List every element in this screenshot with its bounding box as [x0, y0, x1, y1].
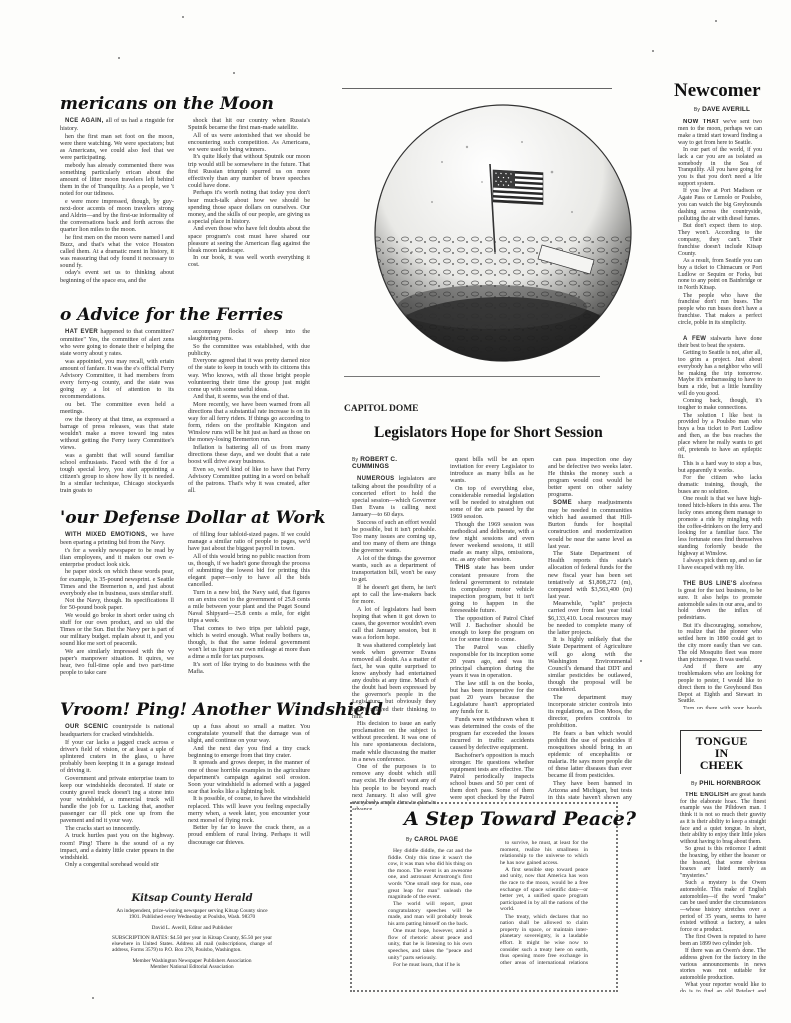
masthead-member: Member Washington Newspaper Publishers A… — [112, 958, 272, 971]
scan-speck — [233, 72, 235, 74]
article-paragraph: I always pick them up, and so far I have… — [678, 558, 762, 572]
article-paragraph: Getting to Seattle is not, after all, to… — [678, 350, 762, 398]
article-paragraph: The department may incorporate stricter … — [548, 694, 632, 729]
article-paragraph: The people who have the franchise don't … — [678, 293, 762, 327]
article-paragraph: up a fuss about so small a matter. You c… — [188, 723, 310, 744]
article-paragraph: OUR SCENIC countryside is national headq… — [60, 723, 174, 738]
article-paragraph: The first Owen is reputed to have been a… — [680, 934, 766, 947]
article-paragraph: As a result, from Seattle you can buy a … — [678, 258, 762, 292]
article-paragraph: THIS state has been under constant press… — [450, 564, 534, 615]
article-paragraph: ow the theory at that time, as expressed… — [60, 416, 174, 451]
article-paragraph: can pass inspection one day and be defec… — [548, 456, 632, 499]
moon-flag-icon — [372, 102, 634, 364]
article-paragraph: We are similarly impressed with the vy p… — [60, 648, 174, 676]
divider-mid — [344, 376, 600, 377]
article-paragraph: For the citizen who lacks dramatic train… — [678, 475, 762, 496]
article-column: shock that hit our country when Russia's… — [188, 117, 310, 302]
lead-in: OUR SCENIC — [65, 724, 108, 730]
article-headline: A Step Toward Peace? — [404, 808, 612, 830]
article-paragraph: And the next day you find a tiny crack b… — [188, 745, 310, 759]
article-column: Hey diddle diddle, the cat and the fiddl… — [388, 848, 472, 968]
article-paragraph: For he must learn, that if he is — [388, 962, 472, 968]
scan-speck — [182, 16, 184, 18]
article-column: NUMEROUS legislators are talking about t… — [352, 475, 436, 810]
article-paragraph: So great is this reticence I admit the h… — [680, 846, 766, 880]
article-paragraph: Turn in a new bid, the Navy said, that f… — [188, 589, 310, 624]
article-paragraph: And that, it seems, was the end of that. — [188, 393, 310, 400]
lead-in: THIS — [455, 565, 470, 571]
article-paragraph: It was shattered completely last week wh… — [352, 642, 436, 720]
section-label: CAPITOL DOME — [344, 404, 614, 414]
article-paragraph: of filling four tabloid-sized pages. If … — [188, 531, 310, 552]
article-paragraph: If there was an Owen's done. The address… — [680, 948, 766, 982]
article-column: accompany flocks of sheep into the slaug… — [188, 328, 310, 505]
article-paragraph: And even those who have felt doubts abou… — [188, 225, 310, 253]
article-paragraph: Inflation is battering all of us from ma… — [188, 444, 310, 465]
moon-illustration — [372, 102, 634, 364]
article-paragraph: to survive, he must, at least for the mo… — [500, 840, 588, 866]
article-paragraph: A FEW stalwarts have done their best to … — [678, 336, 762, 350]
article-paragraph: he first men on the moon were named l an… — [60, 234, 174, 269]
editorial-windshield: Vroom! Ping! Another Windshield OUR SCEN… — [60, 700, 320, 873]
byline: By PHIL HORNBROOK — [680, 780, 772, 787]
article-paragraph: SOME sharp readjustments may be needed i… — [548, 499, 632, 550]
lead-in: THE ENGLISH — [685, 792, 729, 798]
article-paragraph: On top of everything else, considerable … — [450, 485, 534, 520]
editorial-ferries: o Advice for the Ferries HAT EVER happen… — [60, 305, 320, 505]
article-paragraph: They have been banned in Arizona and Mic… — [548, 780, 632, 801]
article-paragraph: THE ENGLISH are great hands for the elab… — [680, 792, 766, 846]
newcomer-column: Newcomer By DAVE AVERILL NOW THAT we've … — [672, 80, 772, 709]
masthead-editor: David L. Averill, Editor and Publisher — [112, 925, 272, 931]
article-paragraph: HAT EVER happened to that committee? omm… — [60, 328, 174, 357]
article-paragraph: A first sensible step toward peace and u… — [500, 867, 588, 913]
article-paragraph: oday's event set us to thinking about be… — [60, 269, 174, 283]
article-paragraph: All of us were astonished that we should… — [188, 132, 310, 153]
scan-speck — [118, 57, 120, 59]
article-paragraph: The treaty, which declares that no natio… — [500, 914, 588, 965]
article-paragraph: Bachofner's opposition is much stronger.… — [450, 752, 534, 801]
masthead: Kitsap County Herald An independent, pri… — [112, 893, 272, 970]
article-paragraph: So the committee was established, with d… — [188, 343, 310, 357]
article-paragraph: But don't expect them to stop. They won'… — [678, 223, 762, 257]
article-paragraph: NCE AGAIN, all of us had a ringside for … — [60, 117, 174, 132]
article-paragraph: The opposition of Patrol Chief Will J. B… — [450, 615, 534, 643]
article-paragraph: It's quite likely that without Sputnik o… — [188, 153, 310, 188]
lead-in: NCE AGAIN, — [65, 118, 104, 124]
article-paragraph: Better by far to leave the crack there, … — [188, 824, 310, 845]
article-paragraph: Perhaps it's worth noting that today you… — [188, 189, 310, 224]
article-paragraph: But it's discouraging, somehow, to reali… — [678, 623, 762, 664]
article-paragraph: The solution I like best is provided by … — [678, 413, 762, 461]
article-paragraph: More recently, we have been warned from … — [188, 401, 310, 444]
article-column: can pass inspection one day and be defec… — [548, 456, 632, 801]
article-paragraph: NUMEROUS legislators are talking about t… — [352, 475, 436, 519]
column-headline: Newcomer — [674, 80, 772, 102]
tongue-in-cheek-box: TONGUE IN CHEEK — [680, 730, 762, 774]
article-paragraph: What your reporter would like to do is t… — [680, 982, 766, 992]
editorial-headline: mericans on the Moon — [60, 94, 320, 114]
article-paragraph: A lot of legislators had been hoping tha… — [352, 606, 436, 641]
article-paragraph: Coming back, though, it's tougher to mak… — [678, 398, 762, 412]
article-headline: Legislators Hope for Short Session — [374, 424, 614, 442]
article-paragraph: All of this would bring no public reacti… — [188, 553, 310, 588]
article-paragraph: This is a hard way to stop a bus, but ap… — [678, 461, 762, 475]
tongue-in-cheek-column: By PHIL HORNBROOK THE ENGLISH are great … — [680, 780, 772, 992]
article-paragraph: mebody has already commented there was s… — [60, 162, 174, 197]
article-paragraph: THE BUS LINE'S aloofness is great for th… — [678, 581, 762, 622]
article-column: THE ENGLISH are great hands for the elab… — [680, 792, 766, 992]
article-paragraph: was appointed, you may recall, with erta… — [60, 358, 174, 401]
article-column: OUR SCENIC countryside is national headq… — [60, 723, 174, 873]
article-paragraph: The world will report, great congratulat… — [388, 901, 472, 927]
article-column: NOW THAT we've sent two men to the moon,… — [678, 119, 762, 709]
article-paragraph: e were more impressed, though, by guy-ne… — [60, 198, 174, 233]
article-paragraph: A truck hurtles past you on the highway.… — [60, 832, 174, 860]
article-paragraph: It is highly unlikely that the State Dep… — [548, 636, 632, 693]
article-paragraph: It's sort of like trying to do business … — [188, 661, 310, 675]
article-paragraph: t's for a weekly newspaper to be read by… — [60, 547, 174, 568]
article-paragraph: was a gambit that will sound familiar sc… — [60, 452, 174, 495]
article-paragraph: We would go broke in short order using c… — [60, 612, 174, 647]
article-paragraph: If your car lacks a jagged crack across … — [60, 739, 174, 774]
article-paragraph: he paper stock on which these words pear… — [60, 568, 174, 596]
article-paragraph: Only a congenital sorehead would stir — [60, 861, 174, 868]
article-paragraph: shock that hit our country when Russia's… — [188, 117, 310, 131]
article-paragraph: The law still is on the books, but has b… — [450, 680, 534, 715]
article-paragraph: Though the 1969 session was methodical a… — [450, 521, 534, 564]
scan-speck — [652, 50, 654, 52]
article-column: up a fuss about so small a matter. You c… — [188, 723, 310, 873]
article-paragraph: That comes to two trips per tabloid page… — [188, 625, 310, 660]
article-paragraph: His decision to issue an early proclamat… — [352, 720, 436, 763]
scan-speck — [640, 660, 642, 662]
masthead-name: Kitsap County Herald — [112, 893, 272, 904]
article-column: to survive, he must, at least for the mo… — [500, 840, 588, 965]
article-paragraph: Government and private enterprise team t… — [60, 775, 174, 825]
article-column: of filling four tabloid-sized pages. If … — [188, 531, 310, 709]
article-paragraph: One must hope, however, amid a flow of r… — [388, 928, 472, 961]
article-paragraph: Everyone agreed that it was pretty darne… — [188, 357, 310, 392]
editorial-headline: o Advice for the Ferries — [60, 305, 320, 325]
lead-in: HAT EVER — [65, 329, 98, 335]
lead-in: NOW THAT — [683, 119, 719, 125]
masthead-subscription: SUBSCRIPTION RATES: $4.50 per year in Ki… — [112, 935, 272, 954]
editorial-headline: 'our Defense Dollar at Work — [60, 508, 320, 528]
article-paragraph: And if there are any troublemakers who a… — [678, 664, 762, 705]
scan-speck — [92, 997, 94, 999]
editorial-headline: Vroom! Ping! Another Windshield — [60, 700, 320, 720]
article-paragraph: NOW THAT we've sent two men to the moon,… — [678, 119, 762, 146]
peace-article: A Step Toward Peace? By CAROL PAGE Hey d… — [360, 808, 612, 968]
byline: By ROBERT C. CUMMINGS — [352, 456, 436, 470]
article-paragraph: Success of such an effort would be possi… — [352, 519, 436, 554]
american-flag-icon — [493, 170, 543, 205]
masthead-tagline: An independent, prize-winning newspaper … — [112, 908, 272, 921]
editorial-moon: mericans on the Moon NCE AGAIN, all of u… — [60, 94, 320, 302]
lead-in: A FEW — [683, 336, 706, 342]
article-column: NCE AGAIN, all of us had a ringside for … — [60, 117, 174, 302]
article-paragraph: hen the first man set foot on the moon, … — [60, 133, 174, 161]
byline: By DAVE AVERILL — [672, 106, 772, 113]
article-paragraph: If he doesn't get them, he isn't apt to … — [352, 584, 436, 605]
article-paragraph: A lot of the things the governor wants, … — [352, 555, 436, 583]
scan-speck — [715, 20, 717, 22]
byline: By CAROL PAGE — [388, 836, 480, 843]
article-paragraph: It is possible, of course, to have the w… — [188, 795, 310, 823]
article-paragraph: WITH MIXED EMOTIONS, we have been eparin… — [60, 531, 174, 546]
article-paragraph: It spreads and grows deeper, in the mann… — [188, 759, 310, 794]
article-paragraph: The cracks start so innocently. — [60, 825, 174, 832]
divider-top — [342, 88, 612, 89]
article-paragraph: The Patrol was chiefly responsible for i… — [450, 644, 534, 679]
article-column: WITH MIXED EMOTIONS, we have been eparin… — [60, 531, 174, 709]
article-column: HAT EVER happened to that committee? omm… — [60, 328, 174, 505]
article-paragraph: Hey diddle diddle, the cat and the fiddl… — [388, 848, 472, 901]
article-paragraph: accompany flocks of sheep into the slaug… — [188, 328, 310, 342]
lead-in: WITH MIXED EMOTIONS, — [65, 532, 147, 538]
capitol-dome: CAPITOL DOME Legislators Hope for Short … — [344, 404, 614, 451]
lead-in: THE BUS LINE'S — [683, 581, 737, 587]
article-paragraph: He fears a ban which would prohibit the … — [548, 730, 632, 780]
article-paragraph: In our part of the world, if you lack a … — [678, 147, 762, 188]
article-paragraph: Even so, we'd kind of like to have that … — [188, 466, 310, 494]
editorial-defense: 'our Defense Dollar at Work WITH MIXED E… — [60, 508, 320, 709]
article-paragraph: Turn up there with your beards and sanda… — [678, 706, 762, 709]
article-paragraph: In our book, it was well worth everythin… — [188, 254, 310, 268]
article-paragraph: The State Department of Health reports t… — [548, 550, 632, 600]
lead-in: SOME — [553, 500, 572, 506]
article-paragraph: quest bills will be an open invitation f… — [450, 456, 534, 484]
article-paragraph: Meanwhile, "split" projects carried over… — [548, 600, 632, 635]
lead-in: NUMEROUS — [357, 476, 394, 482]
article-paragraph: Such a mystery is the Owen automobile. T… — [680, 880, 766, 934]
article-paragraph: One result is that we have high-toned hi… — [678, 496, 762, 558]
article-paragraph: Funds were withdrawn when it was determi… — [450, 716, 534, 751]
article-column: quest bills will be an open invitation f… — [450, 456, 534, 801]
article-paragraph: Not the Navy, though. Its specifications… — [60, 597, 174, 611]
article-paragraph: ou bet. The committee even held a meetin… — [60, 401, 174, 415]
article-paragraph: If you live at Port Madison or Agate Pas… — [678, 188, 762, 222]
capitol-dome-body: By ROBERT C. CUMMINGS NUMEROUS legislato… — [352, 456, 652, 810]
